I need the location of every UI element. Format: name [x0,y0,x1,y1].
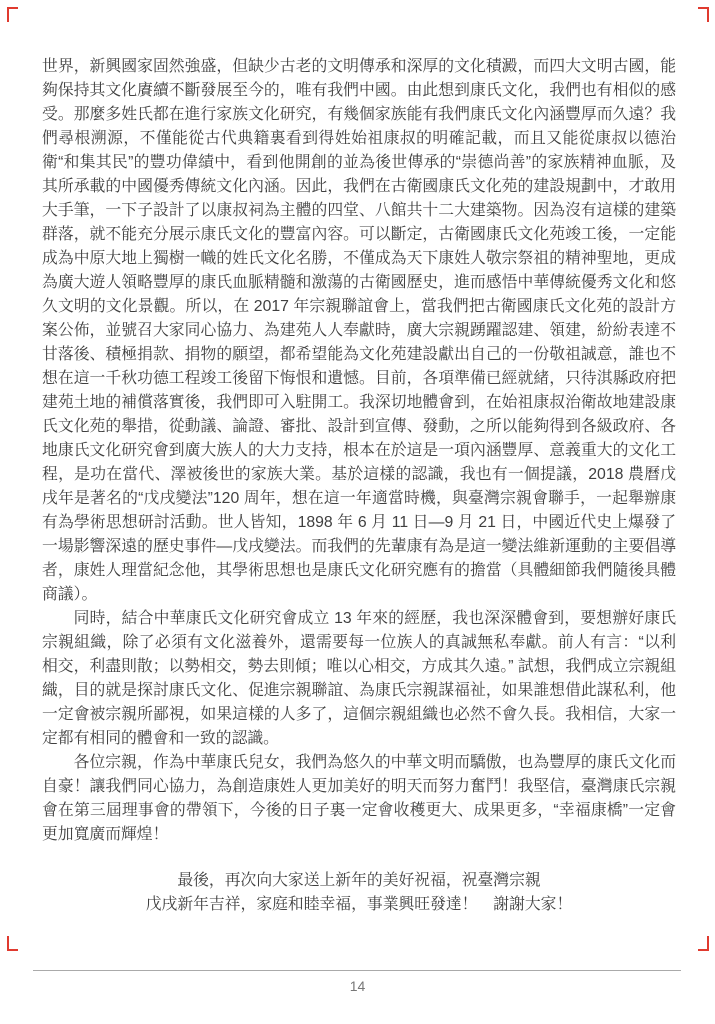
paragraph-continuation: 世界，新興國家固然強盛，但缺少古老的文明傳承和深厚的文化積澱，而四大文明古國，能… [42,55,676,607]
closing-line: 戊戌新年吉祥，家庭和睦幸福，事業興旺發達！ 謝謝大家！ [42,893,676,917]
page-number: 14 [0,977,715,995]
crop-mark-top-right-icon [698,7,709,22]
crop-mark-bottom-left-icon [7,936,18,951]
footer-divider [33,970,681,971]
closing-line: 最後，再次向大家送上新年的美好祝福，祝臺灣宗親 [42,869,676,893]
letter-body: 世界，新興國家固然強盛，但缺少古老的文明傳承和深厚的文化積澱，而四大文明古國，能… [42,55,676,917]
paragraph: 同時，結合中華康氏文化研究會成立 13 年來的經歷，我也深深體會到，要想辦好康氏… [42,607,676,751]
crop-mark-top-left-icon [7,7,18,22]
closing-block: 最後，再次向大家送上新年的美好祝福，祝臺灣宗親 戊戌新年吉祥，家庭和睦幸福，事業… [42,869,676,917]
crop-mark-bottom-right-icon [698,936,709,951]
paragraph: 各位宗親，作為中華康氏兒女，我們為悠久的中華文明而驕傲，也為豐厚的康氏文化而自豪… [42,751,676,847]
document-page: 世界，新興國家固然強盛，但缺少古老的文明傳承和深厚的文化積澱，而四大文明古國，能… [0,0,715,1024]
